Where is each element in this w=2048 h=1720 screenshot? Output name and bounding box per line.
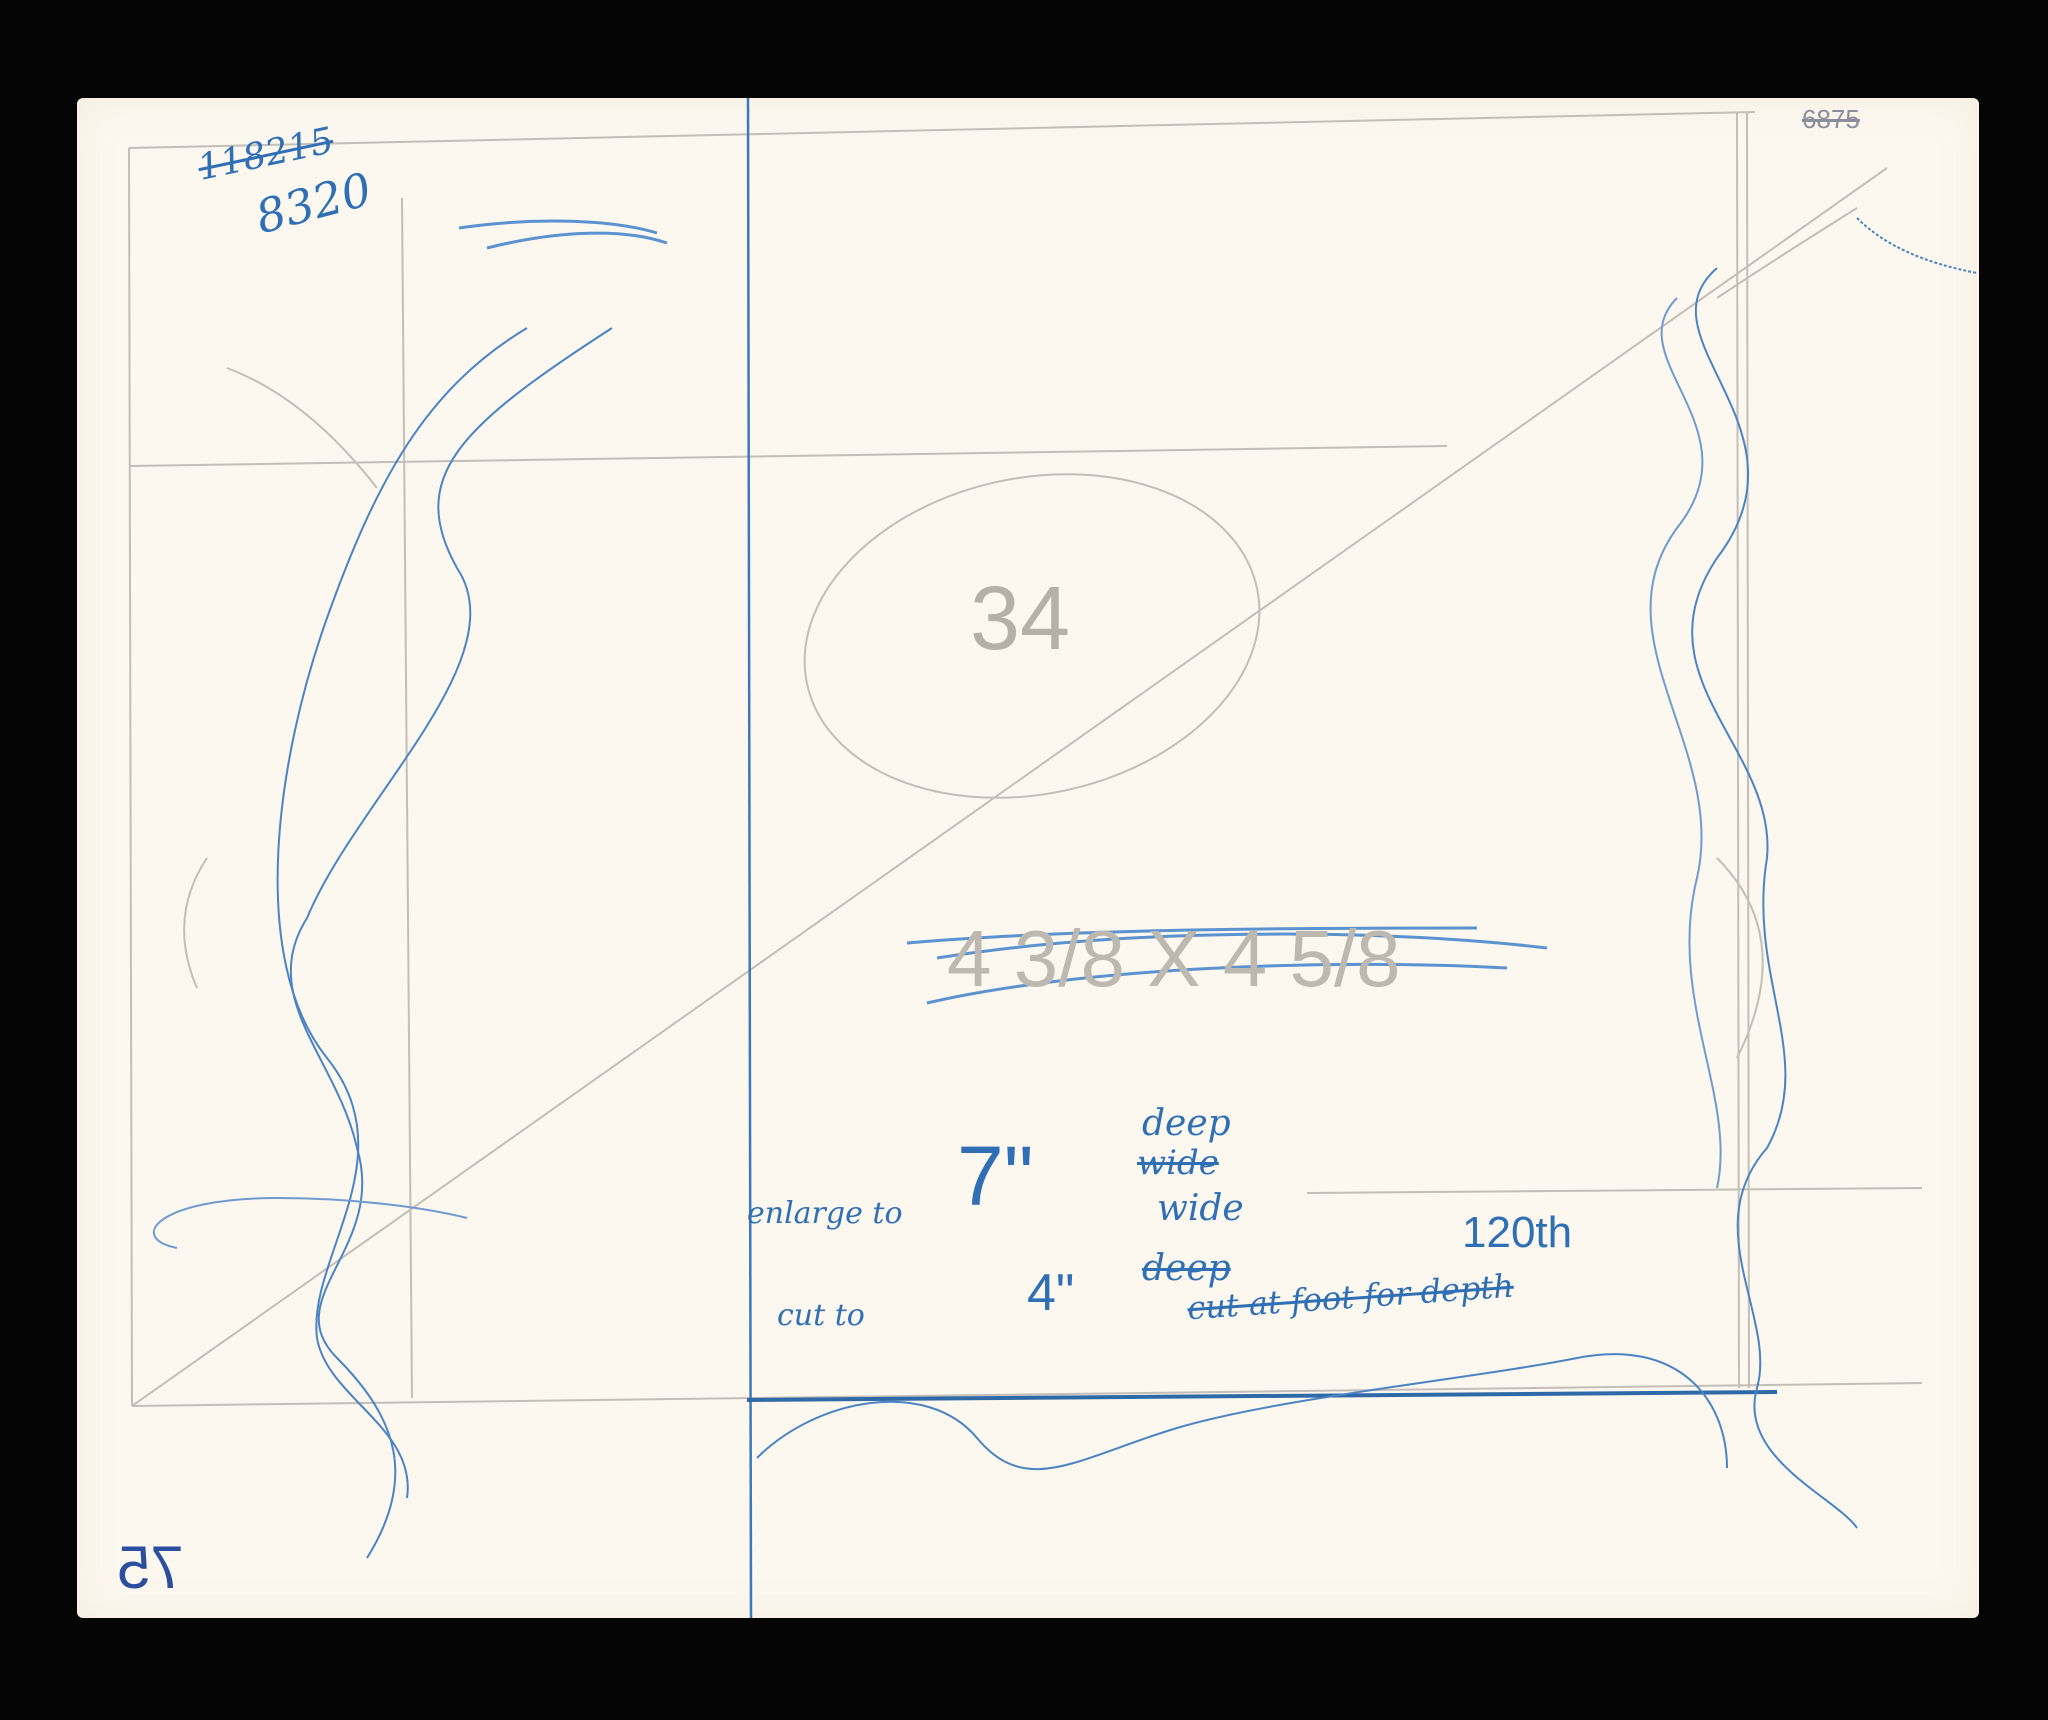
mirrored-number: 75 (117, 1533, 184, 1602)
deep-word: deep (1142, 1103, 1231, 1144)
cut-value: 4" (1027, 1263, 1074, 1323)
crop-marks-drawing (77, 98, 1979, 1618)
note-120th: 120th (1462, 1208, 1572, 1258)
struck-wide-word: wide (1137, 1143, 1219, 1183)
cut-to-label: cut to (777, 1298, 865, 1333)
struck-top-right-number: 6875 (1802, 104, 1860, 135)
photo-print-back: 118215 8320 6875 34 4 3/8 X 4 5/8 enlarg… (77, 98, 1979, 1618)
bottom-left-mark: 75 (117, 1533, 184, 1602)
circled-number: 34 (970, 568, 1070, 671)
enlarge-to-label: enlarge to (747, 1196, 903, 1231)
struck-deep-word: deep (1142, 1248, 1231, 1289)
enlarge-value: 7" (957, 1128, 1034, 1225)
wide-word: wide (1157, 1188, 1244, 1229)
struck-dimensions: 4 3/8 X 4 5/8 (947, 913, 1401, 1005)
